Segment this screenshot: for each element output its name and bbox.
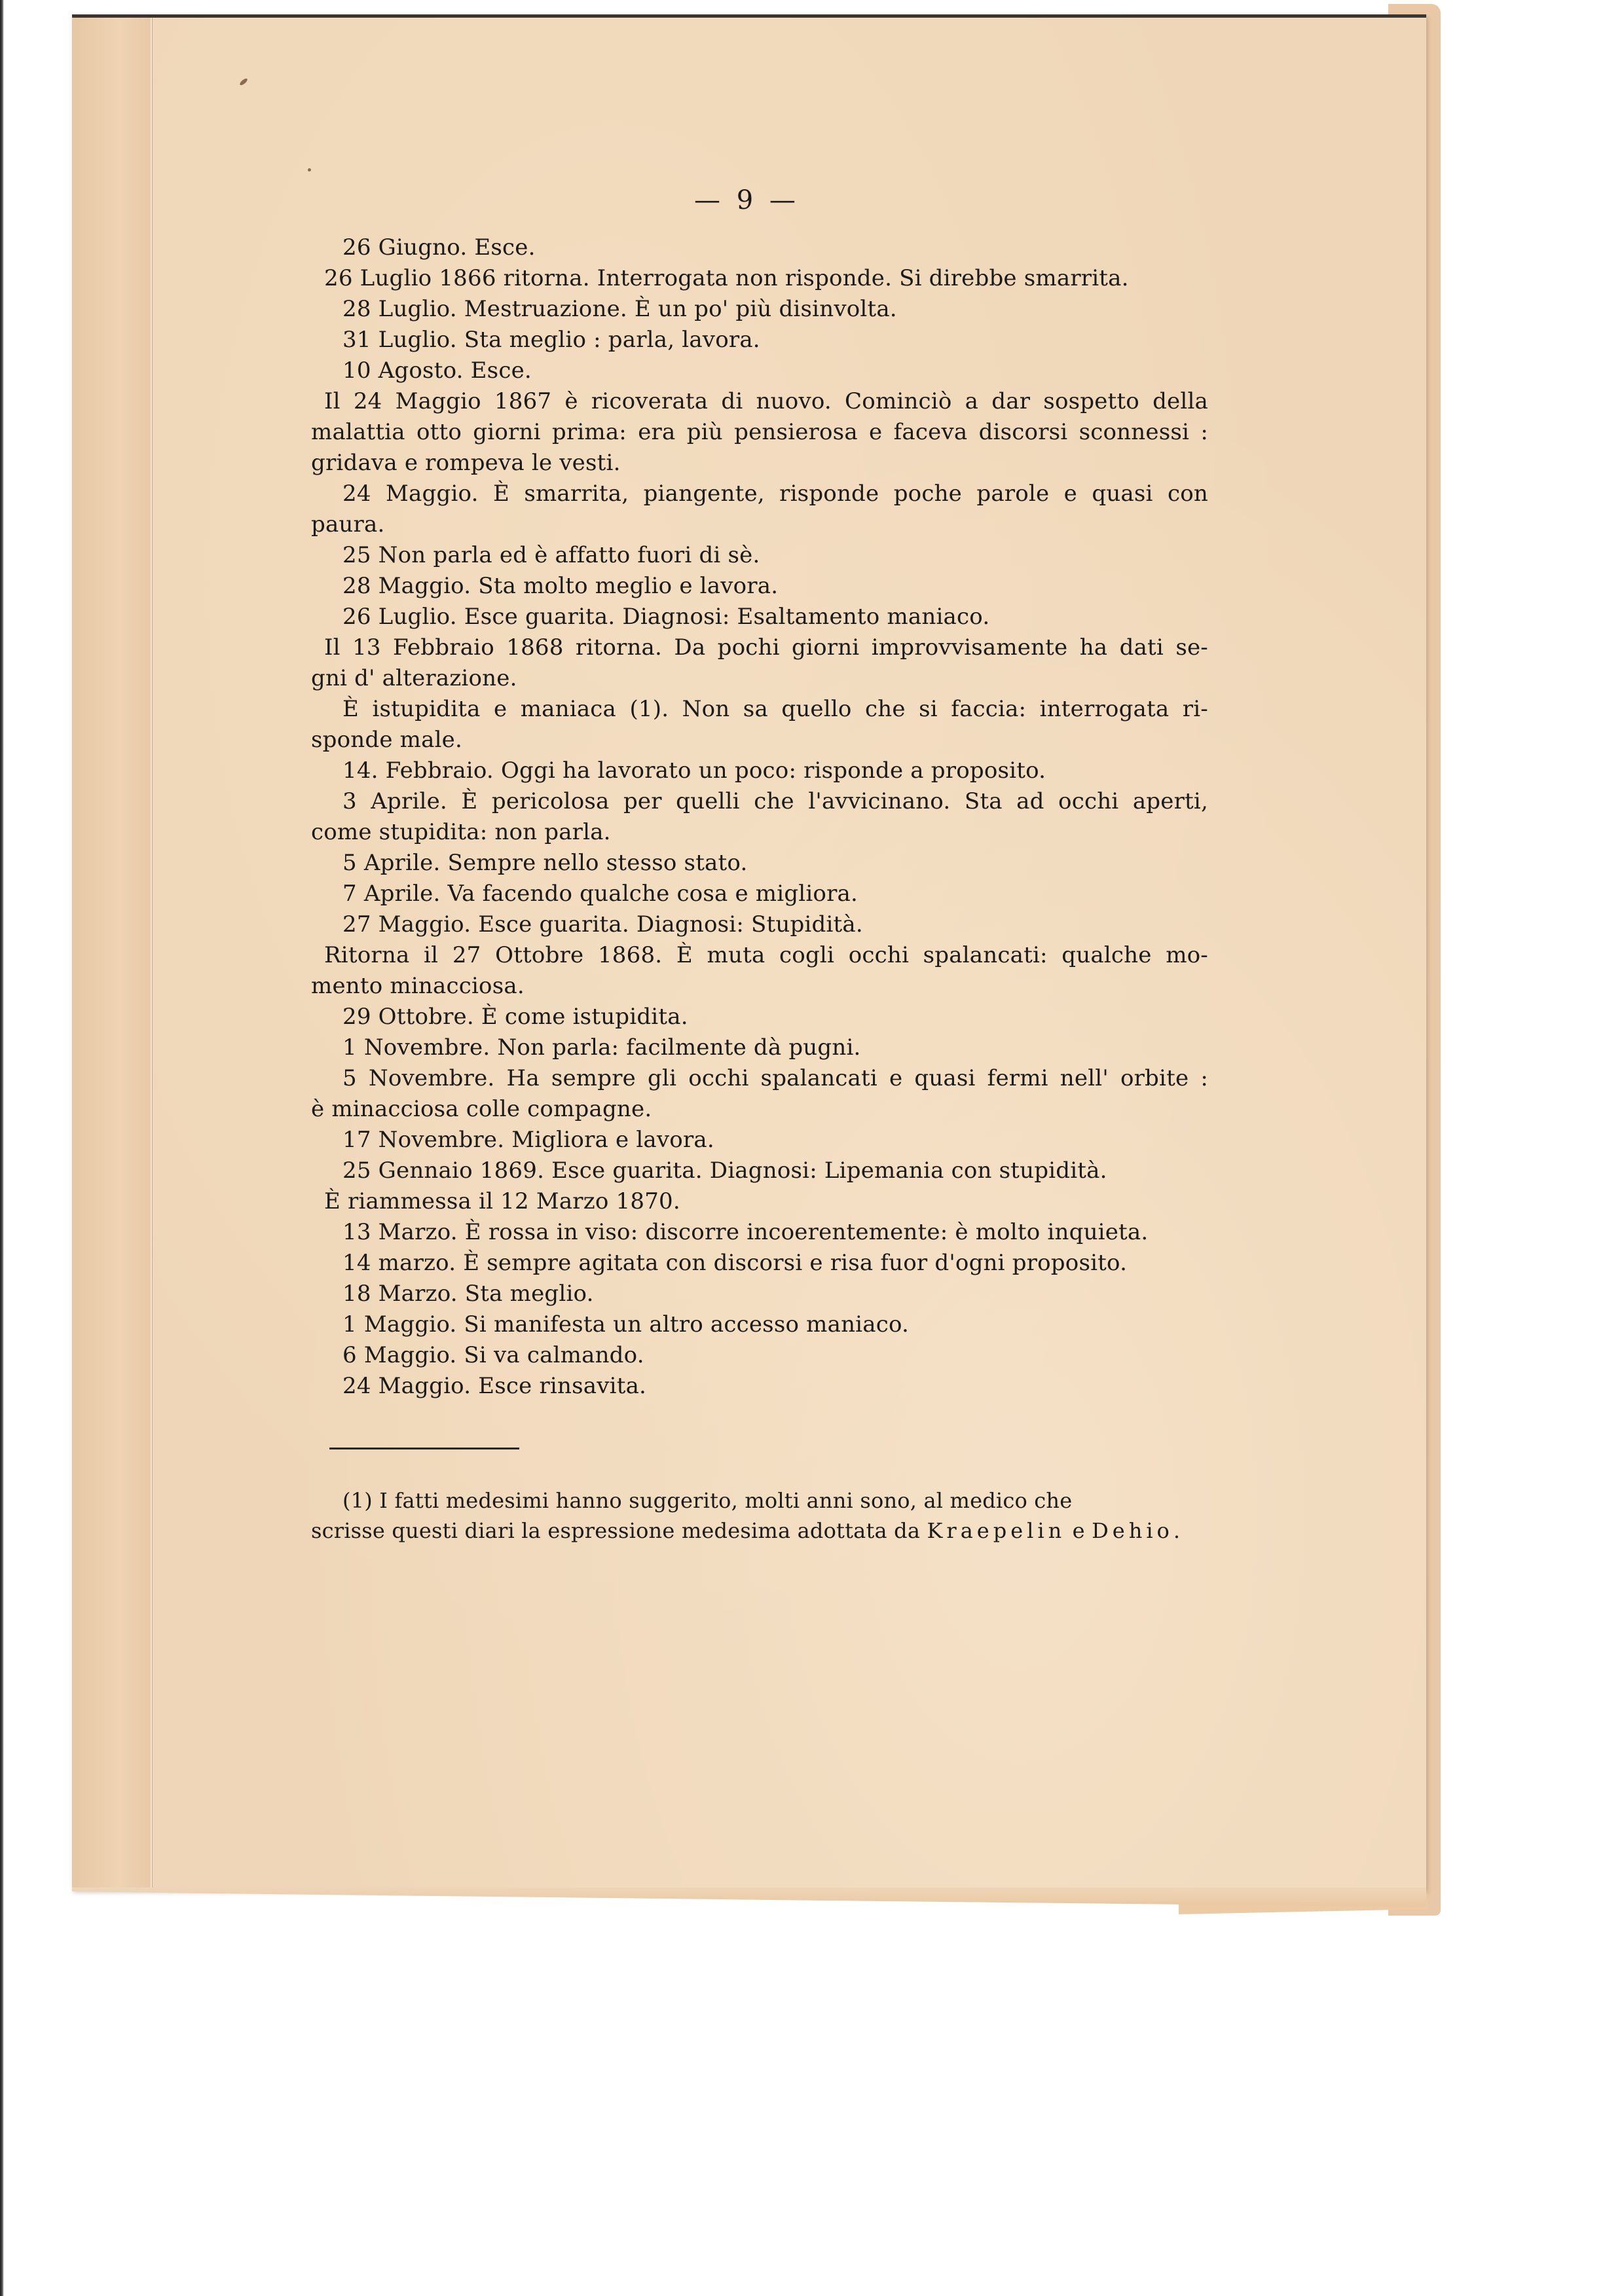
binding-fold: [72, 18, 152, 1890]
footnote-text: (1) I fatti medesimi hanno suggerito, mo…: [342, 1485, 1072, 1516]
footnote: (1) I fatti medesimi hanno suggerito, mo…: [311, 1485, 1208, 1546]
footnote-text: e: [1065, 1518, 1092, 1543]
paper-speck: [239, 77, 249, 86]
footnote-text: scrisse questi diari la espressione mede…: [311, 1518, 927, 1543]
text-line: 25 Gennaio 1869. Esce guarita. Diagnosi:…: [311, 1156, 1208, 1186]
text-line: malattia otto giorni prima: era più pens…: [311, 417, 1208, 448]
text-line: 5 Aprile. Sempre nello stesso stato.: [311, 848, 1208, 879]
text-line: 24 Maggio. Esce rinsavita.: [311, 1371, 1208, 1402]
text-line: 1 Maggio. Si manifesta un altro accesso …: [311, 1309, 1208, 1340]
body-text: 26 Giugno. Esce.26 Luglio 1866 ritorna. …: [311, 177, 1208, 1546]
text-line: come stupidita: non parla.: [311, 817, 1208, 848]
footnote-separator: [329, 1448, 519, 1449]
text-line: 14. Febbraio. Oggi ha lavorato un poco: …: [311, 756, 1208, 786]
text-line: paura.: [311, 509, 1208, 540]
text-line: 7 Aprile. Va facendo qualche cosa e migl…: [311, 879, 1208, 909]
text-line: È riammessa il 12 Marzo 1870.: [311, 1186, 1208, 1217]
text-line: 26 Luglio 1866 ritorna. Interrogata non …: [311, 263, 1208, 294]
text-line: 1 Novembre. Non parla: facilmente dà pug…: [311, 1032, 1208, 1063]
text-line: Ritorna il 27 Ottobre 1868. È muta cogli…: [311, 940, 1208, 971]
footnote-line: scrisse questi diari la espressione mede…: [311, 1516, 1208, 1546]
paper-speck: [308, 168, 311, 172]
text-line: 5 Novembre. Ha sempre gli occhi spalanca…: [311, 1063, 1208, 1094]
text-line: 24 Maggio. È smarrita, piangente, rispon…: [311, 479, 1208, 509]
text-line: 14 marzo. È sempre agitata con discorsi …: [311, 1248, 1208, 1279]
text-line: gni d' alterazione.: [311, 663, 1208, 694]
text-line: 17 Novembre. Migliora e lavora.: [311, 1125, 1208, 1156]
author-name: Kraepelin: [927, 1518, 1066, 1543]
text-line: 26 Luglio. Esce guarita. Diagnosi: Esalt…: [311, 602, 1208, 632]
text-line: 18 Marzo. Sta meglio.: [311, 1279, 1208, 1309]
footnote-text: .: [1173, 1518, 1180, 1543]
text-line: mento minacciosa.: [311, 971, 1208, 1002]
scanner-edge: [0, 0, 4, 2296]
text-line: È istupidita e maniaca (1). Non sa quell…: [311, 694, 1208, 725]
diary-entries: 26 Giugno. Esce.26 Luglio 1866 ritorna. …: [311, 232, 1208, 1402]
text-line: è minacciosa colle compagne.: [311, 1094, 1208, 1125]
text-line: Il 24 Maggio 1867 è ricoverata di nuovo.…: [311, 386, 1208, 417]
text-line: 6 Maggio. Si va calmando.: [311, 1340, 1208, 1371]
author-name: Dehio: [1092, 1518, 1173, 1543]
text-line: Il 13 Febbraio 1868 ritorna. Da pochi gi…: [311, 632, 1208, 663]
text-line: sponde male.: [311, 725, 1208, 756]
footnote-line: (1) I fatti medesimi hanno suggerito, mo…: [311, 1485, 1208, 1516]
text-line: 29 Ottobre. È come istupidita.: [311, 1002, 1208, 1032]
text-line: 3 Aprile. È pericolosa per quelli che l'…: [311, 786, 1208, 817]
text-line: 27 Maggio. Esce guarita. Diagnosi: Stupi…: [311, 909, 1208, 940]
text-line: 31 Luglio. Sta meglio : parla, lavora.: [311, 325, 1208, 355]
text-line: 10 Agosto. Esce.: [311, 355, 1208, 386]
text-line: 28 Luglio. Mestruazione. È un po' più di…: [311, 294, 1208, 325]
text-line: 13 Marzo. È rossa in viso: discorre inco…: [311, 1217, 1208, 1248]
text-line: 26 Giugno. Esce.: [311, 232, 1208, 263]
text-line: gridava e rompeva le vesti.: [311, 448, 1208, 479]
text-line: 25 Non parla ed è affatto fuori di sè.: [311, 540, 1208, 571]
text-line: 28 Maggio. Sta molto meglio e lavora.: [311, 571, 1208, 602]
